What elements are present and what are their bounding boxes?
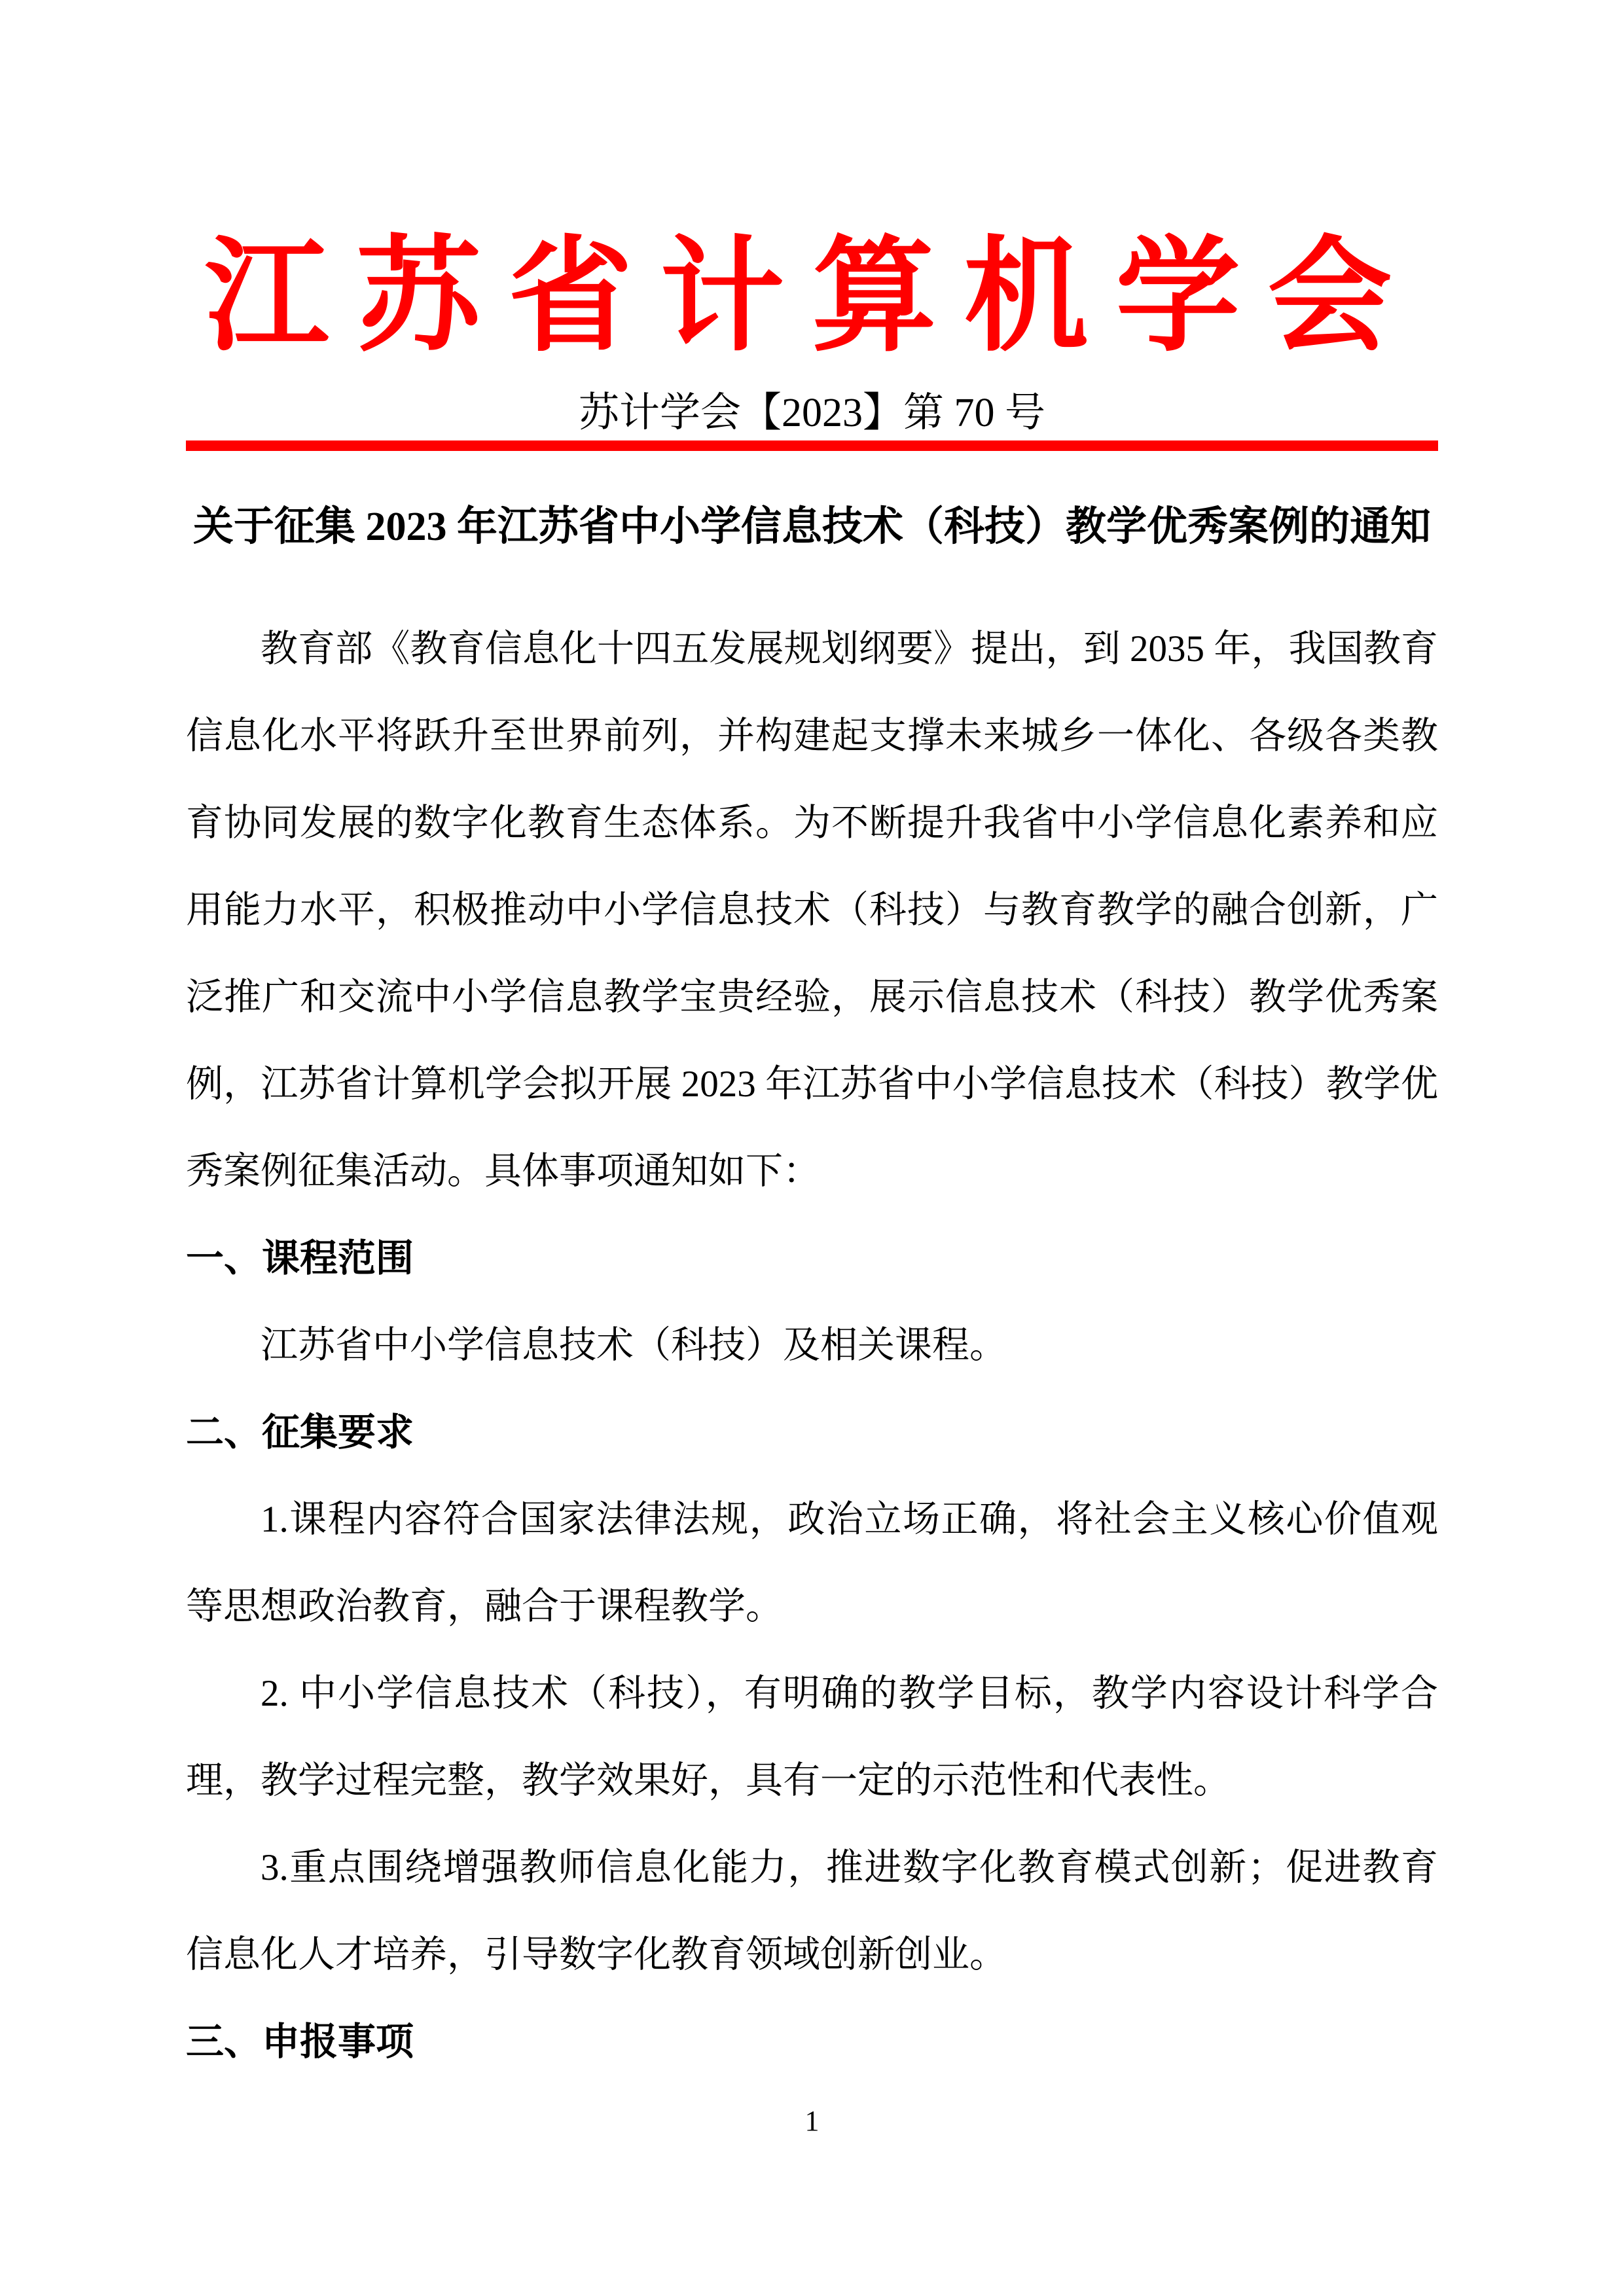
body-paragraph: 江苏省中小学信息技术（科技）及相关课程。 [186,1302,1438,1389]
letterhead-divider-rule [186,440,1438,451]
document-page: 江苏省计算机学会 苏计学会【2023】第 70 号 关于征集 2023 年江苏省… [0,0,1624,2296]
doc-number: 苏计学会【2023】第 70 号 [186,386,1438,440]
document-content: 江苏省计算机学会 苏计学会【2023】第 70 号 关于征集 2023 年江苏省… [0,0,1624,2085]
document-body: 教育部《教育信息化十四五发展规划纲要》提出，到 2035 年，我国教育信息化水平… [186,605,1438,2085]
body-paragraph: 2. 中小学信息技术（科技），有明确的教学目标，教学内容设计科学合理，教学过程完… [186,1650,1438,1824]
body-paragraph: 1.课程内容符合国家法律法规，政治立场正确，将社会主义核心价值观等思想政治教育，… [186,1476,1438,1650]
page-number: 1 [0,2105,1624,2138]
letterhead-org-title: 江苏省计算机学会 [186,0,1438,370]
section-heading: 二、征集要求 [186,1389,1438,1476]
section-heading: 三、申报事项 [186,1998,1438,2085]
doc-title: 关于征集 2023 年江苏省中小学信息技术（科技）教学优秀案例的通知 [186,494,1438,560]
body-paragraph: 教育部《教育信息化十四五发展规划纲要》提出，到 2035 年，我国教育信息化水平… [186,605,1438,1215]
section-heading: 一、课程范围 [186,1215,1438,1302]
body-paragraph: 3.重点围绕增强教师信息化能力，推进数字化教育模式创新；促进教育信息化人才培养，… [186,1824,1438,1998]
